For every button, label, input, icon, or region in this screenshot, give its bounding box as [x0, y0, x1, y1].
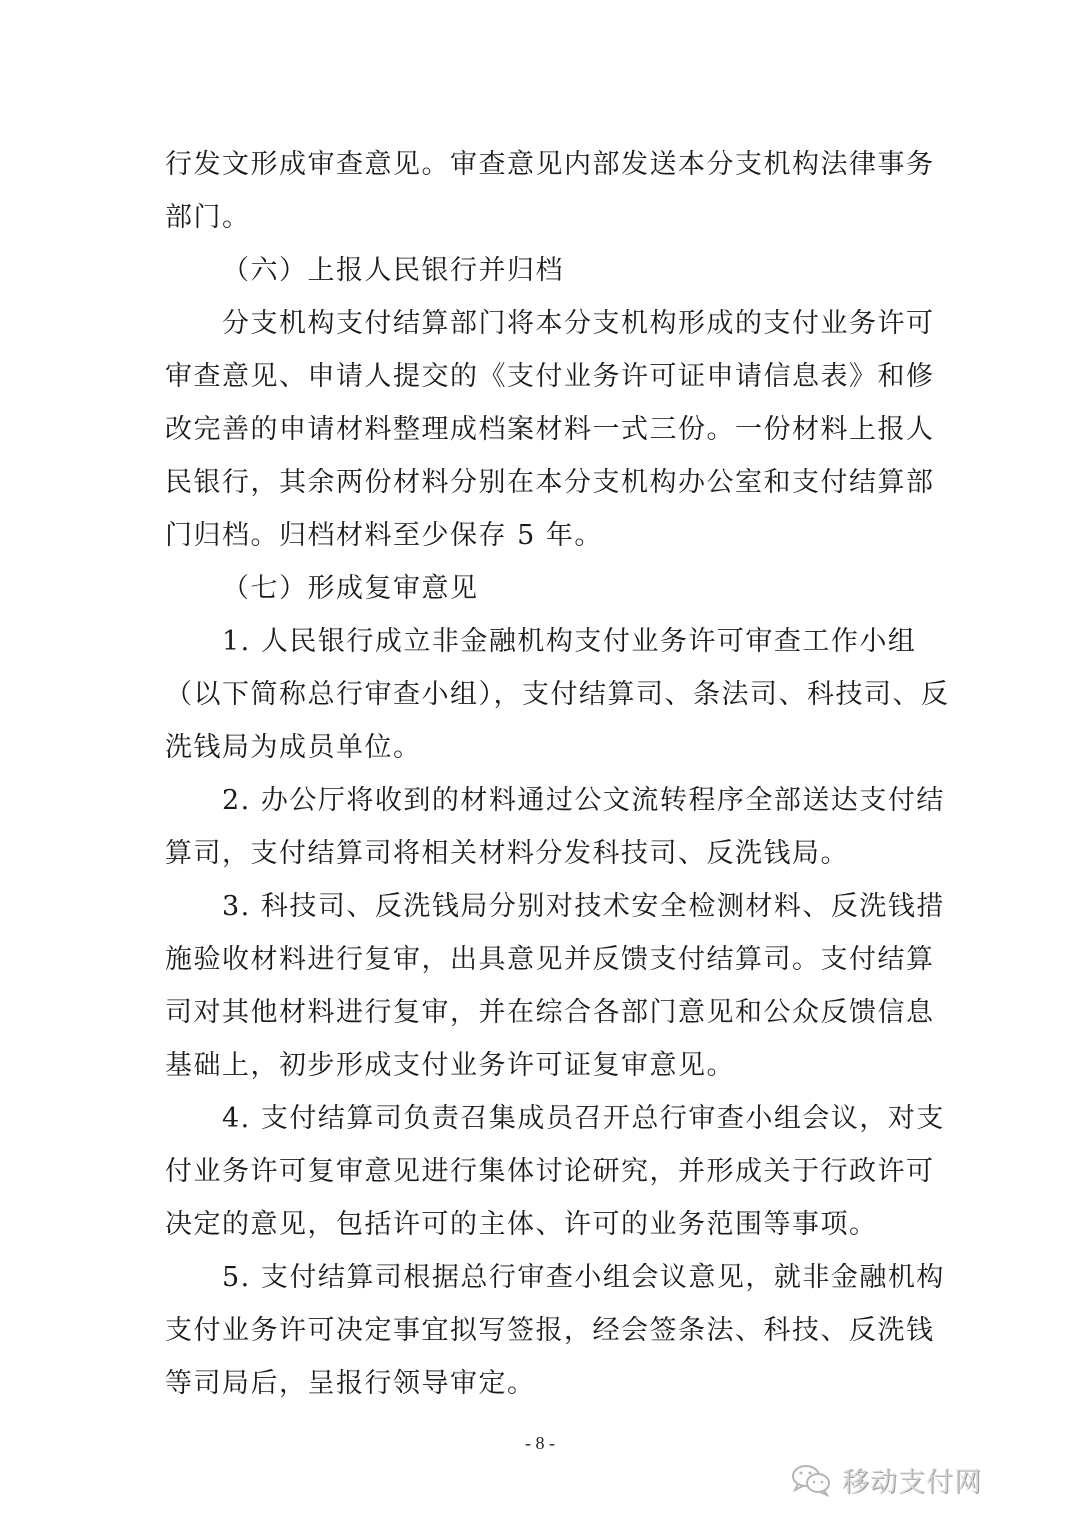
text-line: 民银行，其余两份材料分别在本分支机构办公室和支付结算部 [165, 456, 900, 509]
text-line: 审查意见、申请人提交的《支付业务许可证申请信息表》和修 [165, 350, 900, 403]
section-heading: （七）形成复审意见 [165, 562, 900, 615]
text-line: 部门。 [165, 191, 900, 244]
text-line: 决定的意见，包括许可的主体、许可的业务范围等事项。 [165, 1198, 900, 1251]
page-number: - 8 - [0, 1433, 1080, 1454]
text-line: 等司局后，呈报行领导审定。 [165, 1357, 900, 1410]
document-page: 行发文形成审查意见。审查意见内部发送本分支机构法律事务 部门。 （六）上报人民银… [165, 138, 900, 1410]
text-line: 司对其他材料进行复审，并在综合各部门意见和公众反馈信息 [165, 986, 900, 1039]
text-line: 付业务许可复审意见进行集体讨论研究，并形成关于行政许可 [165, 1145, 900, 1198]
paragraph-start: 3. 科技司、反洗钱局分别对技术安全检测材料、反洗钱措 [165, 880, 900, 933]
watermark: 移动支付网 [790, 1460, 982, 1499]
text-line: 洗钱局为成员单位。 [165, 721, 900, 774]
text-line: 施验收材料进行复审，出具意见并反馈支付结算司。支付结算 [165, 933, 900, 986]
text-line: 改完善的申请材料整理成档案材料一式三份。一份材料上报人 [165, 403, 900, 456]
paragraph-start: 5. 支付结算司根据总行审查小组会议意见，就非金融机构 [165, 1251, 900, 1304]
text-line: 基础上，初步形成支付业务许可证复审意见。 [165, 1039, 900, 1092]
text-line: 门归档。归档材料至少保存 5 年。 [165, 509, 900, 562]
text-line: 算司，支付结算司将相关材料分发科技司、反洗钱局。 [165, 827, 900, 880]
paragraph-start: 分支机构支付结算部门将本分支机构形成的支付业务许可 [165, 297, 900, 350]
paragraph-start: 1. 人民银行成立非金融机构支付业务许可审查工作小组 [165, 615, 900, 668]
paragraph-start: 2. 办公厅将收到的材料通过公文流转程序全部送达支付结 [165, 774, 900, 827]
watermark-text: 移动支付网 [842, 1460, 982, 1499]
text-line: （以下简称总行审查小组），支付结算司、条法司、科技司、反 [165, 668, 900, 721]
paragraph-start: 4. 支付结算司负责召集成员召开总行审查小组会议，对支 [165, 1092, 900, 1145]
text-line: 行发文形成审查意见。审查意见内部发送本分支机构法律事务 [165, 138, 900, 191]
text-line: 支付业务许可决定事宜拟写签报，经会签条法、科技、反洗钱 [165, 1304, 900, 1357]
section-heading: （六）上报人民银行并归档 [165, 244, 900, 297]
wechat-icon [790, 1462, 834, 1498]
